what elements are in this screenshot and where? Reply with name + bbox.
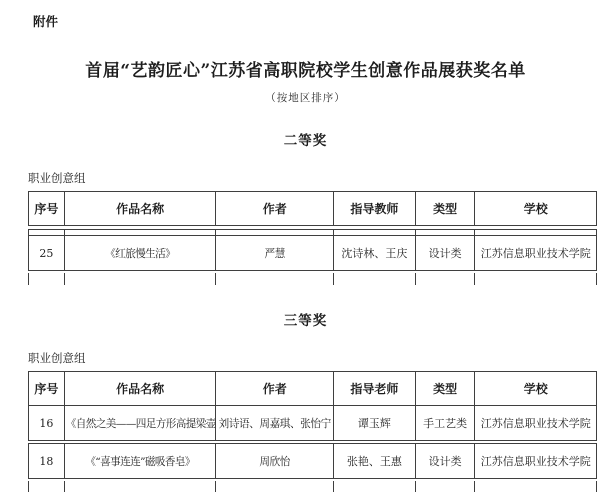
group-label-vocational-creative: 职业创意组 (28, 350, 611, 366)
cell-category: 设计类 (415, 444, 475, 479)
column-header-category: 类型 (415, 372, 475, 406)
cell-work-title: 《红旅慢生活》 (64, 236, 216, 271)
second-prize-table-partial-row (28, 273, 597, 285)
cell-instructor: 谭玉辉 (334, 406, 416, 441)
third-prize-table-row-2: 18 《“喜事连连”磁吸香皂》 周欣怡 张艳、王惠 设计类 江苏信息职业技术学院 (28, 443, 597, 479)
column-header-serial: 序号 (29, 192, 65, 226)
column-header-author: 作者 (216, 372, 334, 406)
partial-row (29, 481, 597, 492)
group-label-vocational-creative: 职业创意组 (28, 170, 611, 186)
sort-order-note: （按地区排序） (0, 90, 611, 105)
cell-work-title: 《“喜事连连”磁吸香皂》 (64, 444, 216, 479)
column-header-instructor: 指导教师 (334, 192, 416, 226)
cell-instructor: 张艳、王惠 (334, 444, 416, 479)
cell-category: 设计类 (415, 236, 475, 271)
header-row: 序号 作品名称 作者 指导老师 类型 学校 (29, 372, 597, 406)
column-header-school: 学校 (475, 192, 597, 226)
column-header-work-title: 作品名称 (64, 372, 216, 406)
second-prize-table-header: 序号 作品名称 作者 指导教师 类型 学校 (28, 191, 597, 226)
cell-school: 江苏信息职业技术学院 (475, 444, 597, 479)
table-row: 16 《自然之美——四足方形高提梁壶》 刘诗语、周嘉琪、张怡宁 谭玉辉 手工艺类… (29, 406, 597, 441)
column-header-author: 作者 (216, 192, 334, 226)
cell-school: 江苏信息职业技术学院 (475, 236, 597, 271)
table-row: 18 《“喜事连连”磁吸香皂》 周欣怡 张艳、王惠 设计类 江苏信息职业技术学院 (29, 444, 597, 479)
cell-author: 严慧 (216, 236, 334, 271)
award-title-third-prize: 三等奖 (0, 309, 611, 329)
cell-serial-number: 25 (29, 236, 65, 271)
cell-instructor: 沈诗林、王庆 (334, 236, 416, 271)
cell-serial-number: 18 (29, 444, 65, 479)
table-row: 25 《红旅慢生活》 严慧 沈诗林、王庆 设计类 江苏信息职业技术学院 (29, 236, 597, 271)
column-header-school: 学校 (475, 372, 597, 406)
cell-category: 手工艺类 (415, 406, 475, 441)
column-header-instructor: 指导老师 (334, 372, 416, 406)
column-header-work-title: 作品名称 (64, 192, 216, 226)
cell-author: 刘诗语、周嘉琪、张怡宁 (216, 406, 334, 441)
column-header-serial: 序号 (29, 372, 65, 406)
third-prize-table-partial-row (28, 481, 597, 492)
cell-work-title: 《自然之美——四足方形高提梁壶》 (64, 406, 216, 441)
header-row: 序号 作品名称 作者 指导教师 类型 学校 (29, 192, 597, 226)
cell-school: 江苏信息职业技术学院 (475, 406, 597, 441)
document-title: 首届“艺韵匠心”江苏省高职院校学生创意作品展获奖名单 (0, 56, 611, 81)
column-header-category: 类型 (415, 192, 475, 226)
cell-author: 周欣怡 (216, 444, 334, 479)
partial-row (29, 273, 597, 285)
third-prize-table: 序号 作品名称 作者 指导老师 类型 学校 16 《自然之美——四足方形高提梁壶… (28, 371, 597, 441)
cell-serial-number: 16 (29, 406, 65, 441)
award-title-second-prize: 二等奖 (0, 129, 611, 149)
second-prize-table-body: 25 《红旅慢生活》 严慧 沈诗林、王庆 设计类 江苏信息职业技术学院 (28, 229, 597, 271)
document-page: 附件 首届“艺韵匠心”江苏省高职院校学生创意作品展获奖名单 （按地区排序） 二等… (0, 0, 611, 492)
attachment-label: 附件 (33, 12, 611, 30)
